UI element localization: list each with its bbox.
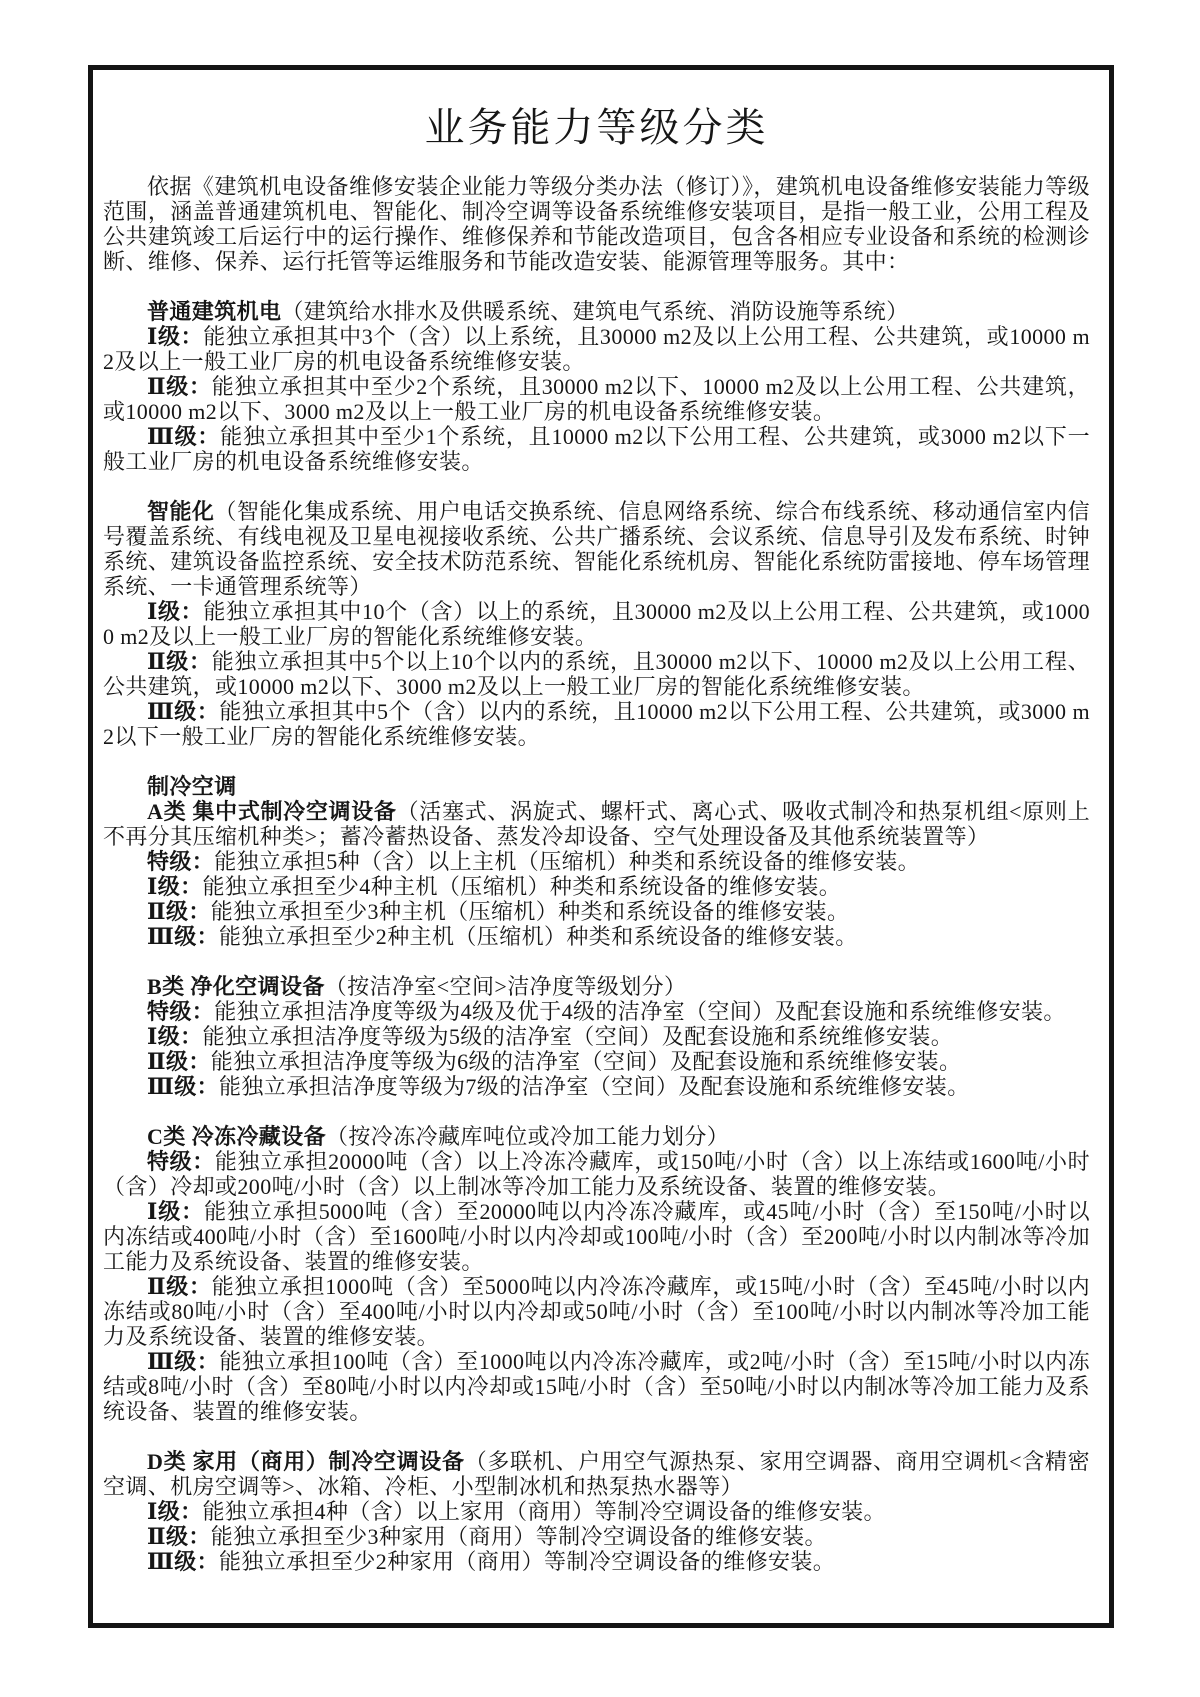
grade-item: 特级：能独立承担5种（含）以上主机（压缩机）种类和系统设备的维修安装。: [103, 849, 1090, 874]
grade-text: 能独立承担4种（含）以上家用（商用）等制冷空调设备的维修安装。: [203, 1499, 886, 1524]
grade-text: 能独立承担洁净度等级为5级的洁净室（空间）及配套设施和系统维修安装。: [203, 1024, 954, 1049]
grade-label: Ⅰ级：: [147, 1024, 203, 1049]
grade-item: Ⅲ级：能独立承担至少2种主机（压缩机）种类和系统设备的维修安装。: [103, 924, 1090, 949]
grade-label: Ⅰ级：: [147, 874, 203, 899]
grade-label: Ⅰ级：: [147, 1499, 203, 1524]
grade-text: 能独立承担至少3种家用（商用）等制冷空调设备的维修安装。: [211, 1524, 827, 1549]
section-heading-title: 制冷空调: [147, 774, 237, 799]
section-class-d-household-ac: D类 家用（商用）制冷空调设备（多联机、户用空气源热泵、家用空调器、商用空调机<…: [103, 1449, 1090, 1574]
grade-text: 能独立承担至少2种家用（商用）等制冷空调设备的维修安装。: [219, 1549, 835, 1574]
grade-item: Ⅱ级：能独立承担1000吨（含）至5000吨以内冷冻冷藏库，或15吨/小时（含）…: [103, 1274, 1090, 1349]
section-class-b-clean-room-ac: B类 净化空调设备（按洁净室<空间>洁净度等级划分） 特级：能独立承担洁净度等级…: [103, 974, 1090, 1099]
grade-text: 能独立承担5种（含）以上主机（压缩机）种类和系统设备的维修安装。: [214, 849, 920, 874]
section-heading: 智能化（智能化集成系统、用户电话交换系统、信息网络系统、综合布线系统、移动通信室…: [103, 499, 1090, 599]
section-heading-note: （智能化集成系统、用户电话交换系统、信息网络系统、综合布线系统、移动通信室内信号…: [103, 499, 1090, 599]
grade-text: 能独立承担其中5个（含）以内的系统，且10000 m2以下公用工程、公共建筑，或…: [103, 699, 1090, 749]
grade-item: Ⅲ级：能独立承担洁净度等级为7级的洁净室（空间）及配套设施和系统维修安装。: [103, 1074, 1090, 1099]
page-title: 业务能力等级分类: [103, 104, 1090, 152]
section-heading: 制冷空调: [103, 774, 1090, 799]
grade-text: 能独立承担其中至少1个系统，且10000 m2以下公用工程、公共建筑，或3000…: [103, 424, 1090, 474]
grade-text: 能独立承担洁净度等级为7级的洁净室（空间）及配套设施和系统维修安装。: [219, 1074, 970, 1099]
grade-text: 能独立承担其中至少2个系统，且30000 m2以下、10000 m2及以上公用工…: [103, 374, 1090, 424]
grade-text: 能独立承担20000吨（含）以上冷冻冷藏库，或150吨/小时（含）以上冻结或16…: [103, 1149, 1090, 1199]
grade-label: Ⅲ级：: [147, 1349, 219, 1374]
section-heading: 普通建筑机电（建筑给水排水及供暖系统、建筑电气系统、消防设施等系统）: [103, 299, 1090, 324]
grade-item: Ⅱ级：能独立承担洁净度等级为6级的洁净室（空间）及配套设施和系统维修安装。: [103, 1049, 1090, 1074]
grade-item: Ⅱ级：能独立承担至少3种主机（压缩机）种类和系统设备的维修安装。: [103, 899, 1090, 924]
grade-label: Ⅱ级：: [147, 374, 212, 399]
grade-text: 能独立承担洁净度等级为6级的洁净室（空间）及配套设施和系统维修安装。: [211, 1049, 962, 1074]
grade-text: 能独立承担100吨（含）至1000吨以内冷冻冷藏库，或2吨/小时（含）至15吨/…: [103, 1349, 1090, 1424]
grade-label: Ⅱ级：: [147, 1524, 211, 1549]
document-frame: 业务能力等级分类 依据《建筑机电设备维修安装企业能力等级分类办法（修订）》，建筑…: [88, 65, 1114, 1628]
intro-paragraph: 依据《建筑机电设备维修安装企业能力等级分类办法（修订）》，建筑机电设备维修安装能…: [103, 174, 1090, 274]
grade-item: Ⅲ级：能独立承担至少2种家用（商用）等制冷空调设备的维修安装。: [103, 1549, 1090, 1574]
section-heading-note: （建筑给水排水及供暖系统、建筑电气系统、消防设施等系统）: [281, 299, 908, 324]
section-heading-note: （按洁净室<空间>洁净度等级划分）: [325, 974, 687, 999]
grade-item: Ⅰ级：能独立承担4种（含）以上家用（商用）等制冷空调设备的维修安装。: [103, 1499, 1090, 1524]
grade-text: 能独立承担其中10个（含）以上的系统，且30000 m2及以上公用工程、公共建筑…: [103, 599, 1090, 649]
grade-item: Ⅰ级：能独立承担其中10个（含）以上的系统，且30000 m2及以上公用工程、公…: [103, 599, 1090, 649]
grade-text: 能独立承担至少2种主机（压缩机）种类和系统设备的维修安装。: [219, 924, 858, 949]
grade-item: Ⅱ级：能独立承担至少3种家用（商用）等制冷空调设备的维修安装。: [103, 1524, 1090, 1549]
grade-label: Ⅱ级：: [147, 1274, 212, 1299]
grade-item: Ⅰ级：能独立承担5000吨（含）至20000吨以内冷冻冷藏库，或45吨/小时（含…: [103, 1199, 1090, 1274]
section-heading: C类 冷冻冷藏设备（按冷冻冷藏库吨位或冷加工能力划分）: [103, 1124, 1090, 1149]
grade-text: 能独立承担1000吨（含）至5000吨以内冷冻冷藏库，或15吨/小时（含）至45…: [103, 1274, 1090, 1349]
grade-item: Ⅱ级：能独立承担其中5个以上10个以内的系统，且30000 m2以下、10000…: [103, 649, 1090, 699]
section-heading-title: C类 冷冻冷藏设备: [147, 1124, 326, 1149]
grade-item: 特级：能独立承担20000吨（含）以上冷冻冷藏库，或150吨/小时（含）以上冻结…: [103, 1149, 1090, 1199]
grade-label: Ⅰ级：: [147, 1199, 204, 1224]
grade-label: Ⅲ级：: [147, 924, 219, 949]
section-class-c-cold-storage: C类 冷冻冷藏设备（按冷冻冷藏库吨位或冷加工能力划分） 特级：能独立承担2000…: [103, 1124, 1090, 1424]
section-intelligent-systems: 智能化（智能化集成系统、用户电话交换系统、信息网络系统、综合布线系统、移动通信室…: [103, 499, 1090, 749]
section-heading-title: D类 家用（商用）制冷空调设备: [147, 1449, 465, 1474]
grade-text: 能独立承担其中3个（含）以上系统，且30000 m2及以上公用工程、公共建筑，或…: [103, 324, 1090, 374]
grade-item: 特级：能独立承担洁净度等级为4级及优于4级的洁净室（空间）及配套设施和系统维修安…: [103, 999, 1090, 1024]
grade-item: Ⅲ级：能独立承担100吨（含）至1000吨以内冷冻冷藏库，或2吨/小时（含）至1…: [103, 1349, 1090, 1424]
section-heading: D类 家用（商用）制冷空调设备（多联机、户用空气源热泵、家用空调器、商用空调机<…: [103, 1449, 1090, 1499]
document-page: 业务能力等级分类 依据《建筑机电设备维修安装企业能力等级分类办法（修订）》，建筑…: [0, 0, 1200, 1697]
section-heading-title: B类 净化空调设备: [147, 974, 325, 999]
grade-label: 特级：: [147, 999, 214, 1024]
grade-item: Ⅰ级：能独立承担洁净度等级为5级的洁净室（空间）及配套设施和系统维修安装。: [103, 1024, 1090, 1049]
grade-item: Ⅲ级：能独立承担其中至少1个系统，且10000 m2以下公用工程、公共建筑，或3…: [103, 424, 1090, 474]
grade-item: Ⅱ级：能独立承担其中至少2个系统，且30000 m2以下、10000 m2及以上…: [103, 374, 1090, 424]
section-heading-title: A类 集中式制冷空调设备: [147, 799, 397, 824]
grade-item: Ⅲ级：能独立承担其中5个（含）以内的系统，且10000 m2以下公用工程、公共建…: [103, 699, 1090, 749]
grade-item: Ⅰ级：能独立承担其中3个（含）以上系统，且30000 m2及以上公用工程、公共建…: [103, 324, 1090, 374]
grade-label: Ⅱ级：: [147, 1049, 211, 1074]
section-general-building-me: 普通建筑机电（建筑给水排水及供暖系统、建筑电气系统、消防设施等系统） Ⅰ级：能独…: [103, 299, 1090, 474]
grade-text: 能独立承担至少4种主机（压缩机）种类和系统设备的维修安装。: [203, 874, 842, 899]
grade-text: 能独立承担5000吨（含）至20000吨以内冷冻冷藏库，或45吨/小时（含）至1…: [103, 1199, 1090, 1274]
section-refrigeration-ac: 制冷空调: [103, 774, 1090, 799]
section-heading: B类 净化空调设备（按洁净室<空间>洁净度等级划分）: [103, 974, 1090, 999]
grade-text: 能独立承担其中5个以上10个以内的系统，且30000 m2以下、10000 m2…: [103, 649, 1090, 699]
grade-label: 特级：: [147, 849, 214, 874]
grade-text: 能独立承担洁净度等级为4级及优于4级的洁净室（空间）及配套设施和系统维修安装。: [214, 999, 1066, 1024]
grade-label: Ⅱ级：: [147, 649, 212, 674]
grade-label: Ⅲ级：: [147, 699, 219, 724]
grade-label: Ⅲ级：: [147, 1549, 219, 1574]
section-heading-note: （按冷冻冷藏库吨位或冷加工能力划分）: [326, 1124, 729, 1149]
grade-label: Ⅰ级：: [147, 324, 203, 349]
section-heading-title: 智能化: [147, 499, 214, 524]
grade-item: Ⅰ级：能独立承担至少4种主机（压缩机）种类和系统设备的维修安装。: [103, 874, 1090, 899]
section-class-a-central-ac: A类 集中式制冷空调设备（活塞式、涡旋式、螺杆式、离心式、吸收式制冷和热泵机组<…: [103, 799, 1090, 949]
grade-text: 能独立承担至少3种主机（压缩机）种类和系统设备的维修安装。: [211, 899, 850, 924]
section-heading-title: 普通建筑机电: [147, 299, 281, 324]
section-heading: A类 集中式制冷空调设备（活塞式、涡旋式、螺杆式、离心式、吸收式制冷和热泵机组<…: [103, 799, 1090, 849]
grade-label: Ⅲ级：: [147, 424, 220, 449]
grade-label: Ⅲ级：: [147, 1074, 219, 1099]
grade-label: Ⅱ级：: [147, 899, 211, 924]
grade-label: 特级：: [147, 1149, 215, 1174]
grade-label: Ⅰ级：: [147, 599, 203, 624]
